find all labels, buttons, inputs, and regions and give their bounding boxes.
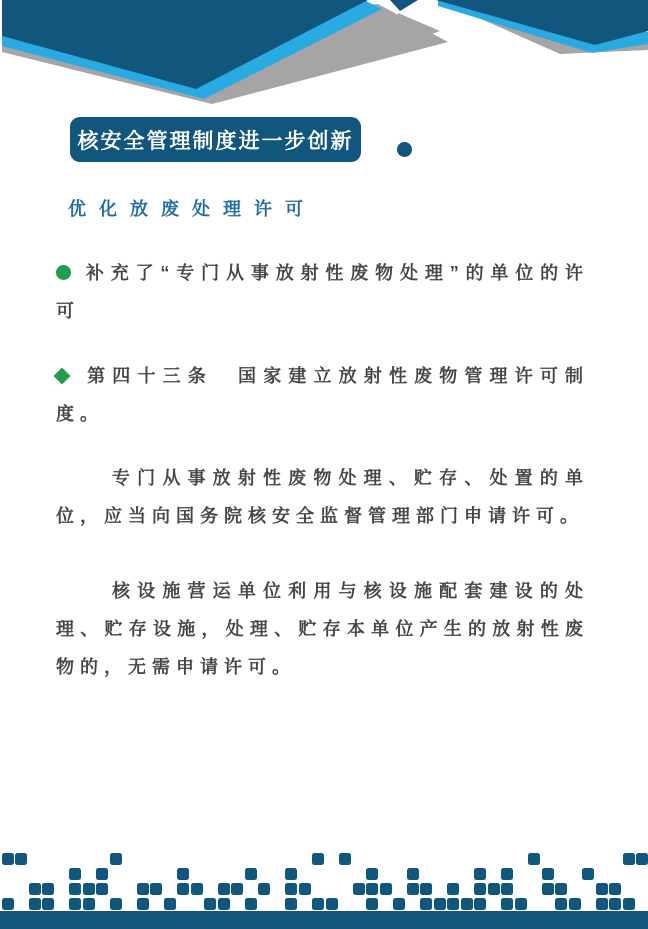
footer-pattern-square <box>137 883 149 895</box>
footer-pattern-square <box>285 868 297 880</box>
footer-pattern-square <box>407 883 419 895</box>
footer-pattern-square <box>42 898 54 910</box>
footer-pattern-square <box>42 883 54 895</box>
footer-pattern-square <box>407 868 419 880</box>
footer-pattern-square <box>623 898 635 910</box>
footer-pattern-square <box>83 898 95 910</box>
footer-pattern-square <box>204 898 216 910</box>
footer-pattern-square <box>312 898 324 910</box>
footer-pattern-square <box>245 868 257 880</box>
footer-pattern-square <box>312 853 324 865</box>
header-ribbon <box>0 0 648 112</box>
footer-pattern-square <box>474 868 486 880</box>
footer-pattern-square <box>353 883 365 895</box>
footer-pattern-square <box>83 883 95 895</box>
ribbon-center-main <box>390 0 418 11</box>
footer-pattern-square <box>542 868 554 880</box>
page-title: 核安全管理制度进一步创新 <box>78 125 354 155</box>
footer-pattern-square <box>69 883 81 895</box>
footer-pattern-square <box>447 883 459 895</box>
footer-pattern-square <box>15 853 27 865</box>
paragraph: 核设施营运单位利用与核设施配套建设的处理、贮存设施，处理、贮存本单位产生的放射性… <box>56 572 589 686</box>
header-ribbon-left <box>2 0 448 104</box>
paragraph: 专门从事放射性废物处理、贮存、处置的单位，应当向国务院核安全监督管理部门申请许可… <box>56 459 589 535</box>
section-subtitle: 优化放废处理许可 <box>68 197 316 221</box>
footer-pattern-square <box>596 883 608 895</box>
footer-pattern-square <box>393 898 405 910</box>
footer-pattern-square <box>366 868 378 880</box>
footer-pattern-square <box>528 853 540 865</box>
footer-pattern-square <box>582 868 594 880</box>
footer-pattern-square <box>569 898 581 910</box>
footer-pattern-square <box>596 898 608 910</box>
footer-bar <box>0 911 648 929</box>
footer-pattern-square <box>69 868 81 880</box>
footer-pattern-square <box>488 883 500 895</box>
footer-pattern-square <box>29 898 41 910</box>
footer-pattern-square <box>2 898 14 910</box>
footer-pattern-square <box>69 898 81 910</box>
footer-pattern-square <box>380 883 392 895</box>
footer-pattern-square <box>137 898 149 910</box>
footer-pattern-square <box>29 883 41 895</box>
footer-pattern-square <box>245 898 257 910</box>
footer-pattern-square <box>191 883 203 895</box>
bullet-item: 第四十三条 国家建立放射性废物管理许可制度。 <box>56 357 589 433</box>
footer-pattern-square <box>434 898 446 910</box>
footer-pattern-square <box>177 883 189 895</box>
footer-pattern-square <box>285 883 297 895</box>
footer-pattern-square <box>474 883 486 895</box>
footer-pattern-square <box>218 898 230 910</box>
footer-pattern-square <box>501 868 513 880</box>
footer-pattern-square <box>447 898 459 910</box>
footer-pattern-square <box>110 853 122 865</box>
footer-pattern-square <box>515 898 527 910</box>
footer-pattern-square <box>339 853 351 865</box>
footer-pattern-square <box>150 883 162 895</box>
footer-pattern-square <box>366 898 378 910</box>
bullet-text: 第四十三条 国家建立放射性废物管理许可制度。 <box>56 366 589 424</box>
footer-pattern-square <box>96 883 108 895</box>
footer-pattern-square <box>164 898 176 910</box>
footer-pattern-square <box>501 883 513 895</box>
title-box: 核安全管理制度进一步创新 <box>70 117 361 162</box>
page: { "colors": { "dark_teal": "#11567d", "a… <box>0 0 648 929</box>
footer-pattern-square <box>366 883 378 895</box>
footer-pattern-square <box>555 883 567 895</box>
footer-pattern-square <box>623 853 635 865</box>
footer-pattern-square <box>110 898 122 910</box>
header-ribbon-right <box>436 0 648 54</box>
bullet-diamond-icon <box>54 368 71 385</box>
bullet-circle-icon <box>56 265 71 280</box>
footer-pattern-square <box>461 898 473 910</box>
footer-pattern-square <box>555 898 567 910</box>
footer-pattern-square <box>501 898 513 910</box>
footer-pattern-square <box>218 883 230 895</box>
footer-pattern-square <box>420 883 432 895</box>
footer-pattern-square <box>609 898 621 910</box>
footer-pattern-square <box>96 868 108 880</box>
footer-pattern-square <box>542 883 554 895</box>
footer-pattern-square <box>299 883 311 895</box>
footer-pattern-square <box>326 898 338 910</box>
footer-pattern-square <box>231 883 243 895</box>
footer-pattern-square <box>420 898 432 910</box>
bullet-text: 补充了“专门从事放射性废物处理”的单位的许可 <box>56 263 589 321</box>
bullet-item: 补充了“专门从事放射性废物处理”的单位的许可 <box>56 254 589 330</box>
footer-pattern-square <box>177 868 189 880</box>
footer-pattern-square <box>258 883 270 895</box>
footer-pattern-square <box>474 898 486 910</box>
footer-pattern-square <box>636 853 648 865</box>
footer-pattern-square <box>609 883 621 895</box>
footer-pattern-square <box>2 853 14 865</box>
title-dot-icon <box>397 142 412 157</box>
footer-pattern-square <box>285 898 297 910</box>
